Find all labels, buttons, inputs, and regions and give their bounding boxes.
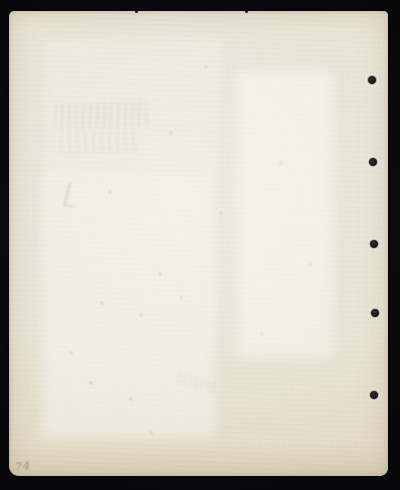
ghost-rectangle-right (237, 71, 333, 358)
hole-punch (371, 309, 379, 317)
hole-punch (370, 240, 378, 248)
scan-background: 74 (0, 0, 400, 490)
hole-punch (370, 391, 378, 399)
ghost-rectangle-left (43, 172, 215, 438)
hole-punch (368, 76, 376, 84)
album-page: 74 (9, 11, 388, 476)
edge-notch (135, 10, 138, 13)
edge-notch (245, 10, 248, 13)
page-number-pencil: 74 (14, 459, 31, 473)
hole-punch (369, 158, 377, 166)
paper-specks (9, 11, 11, 13)
ghost-rectangle-top-left (45, 37, 221, 175)
